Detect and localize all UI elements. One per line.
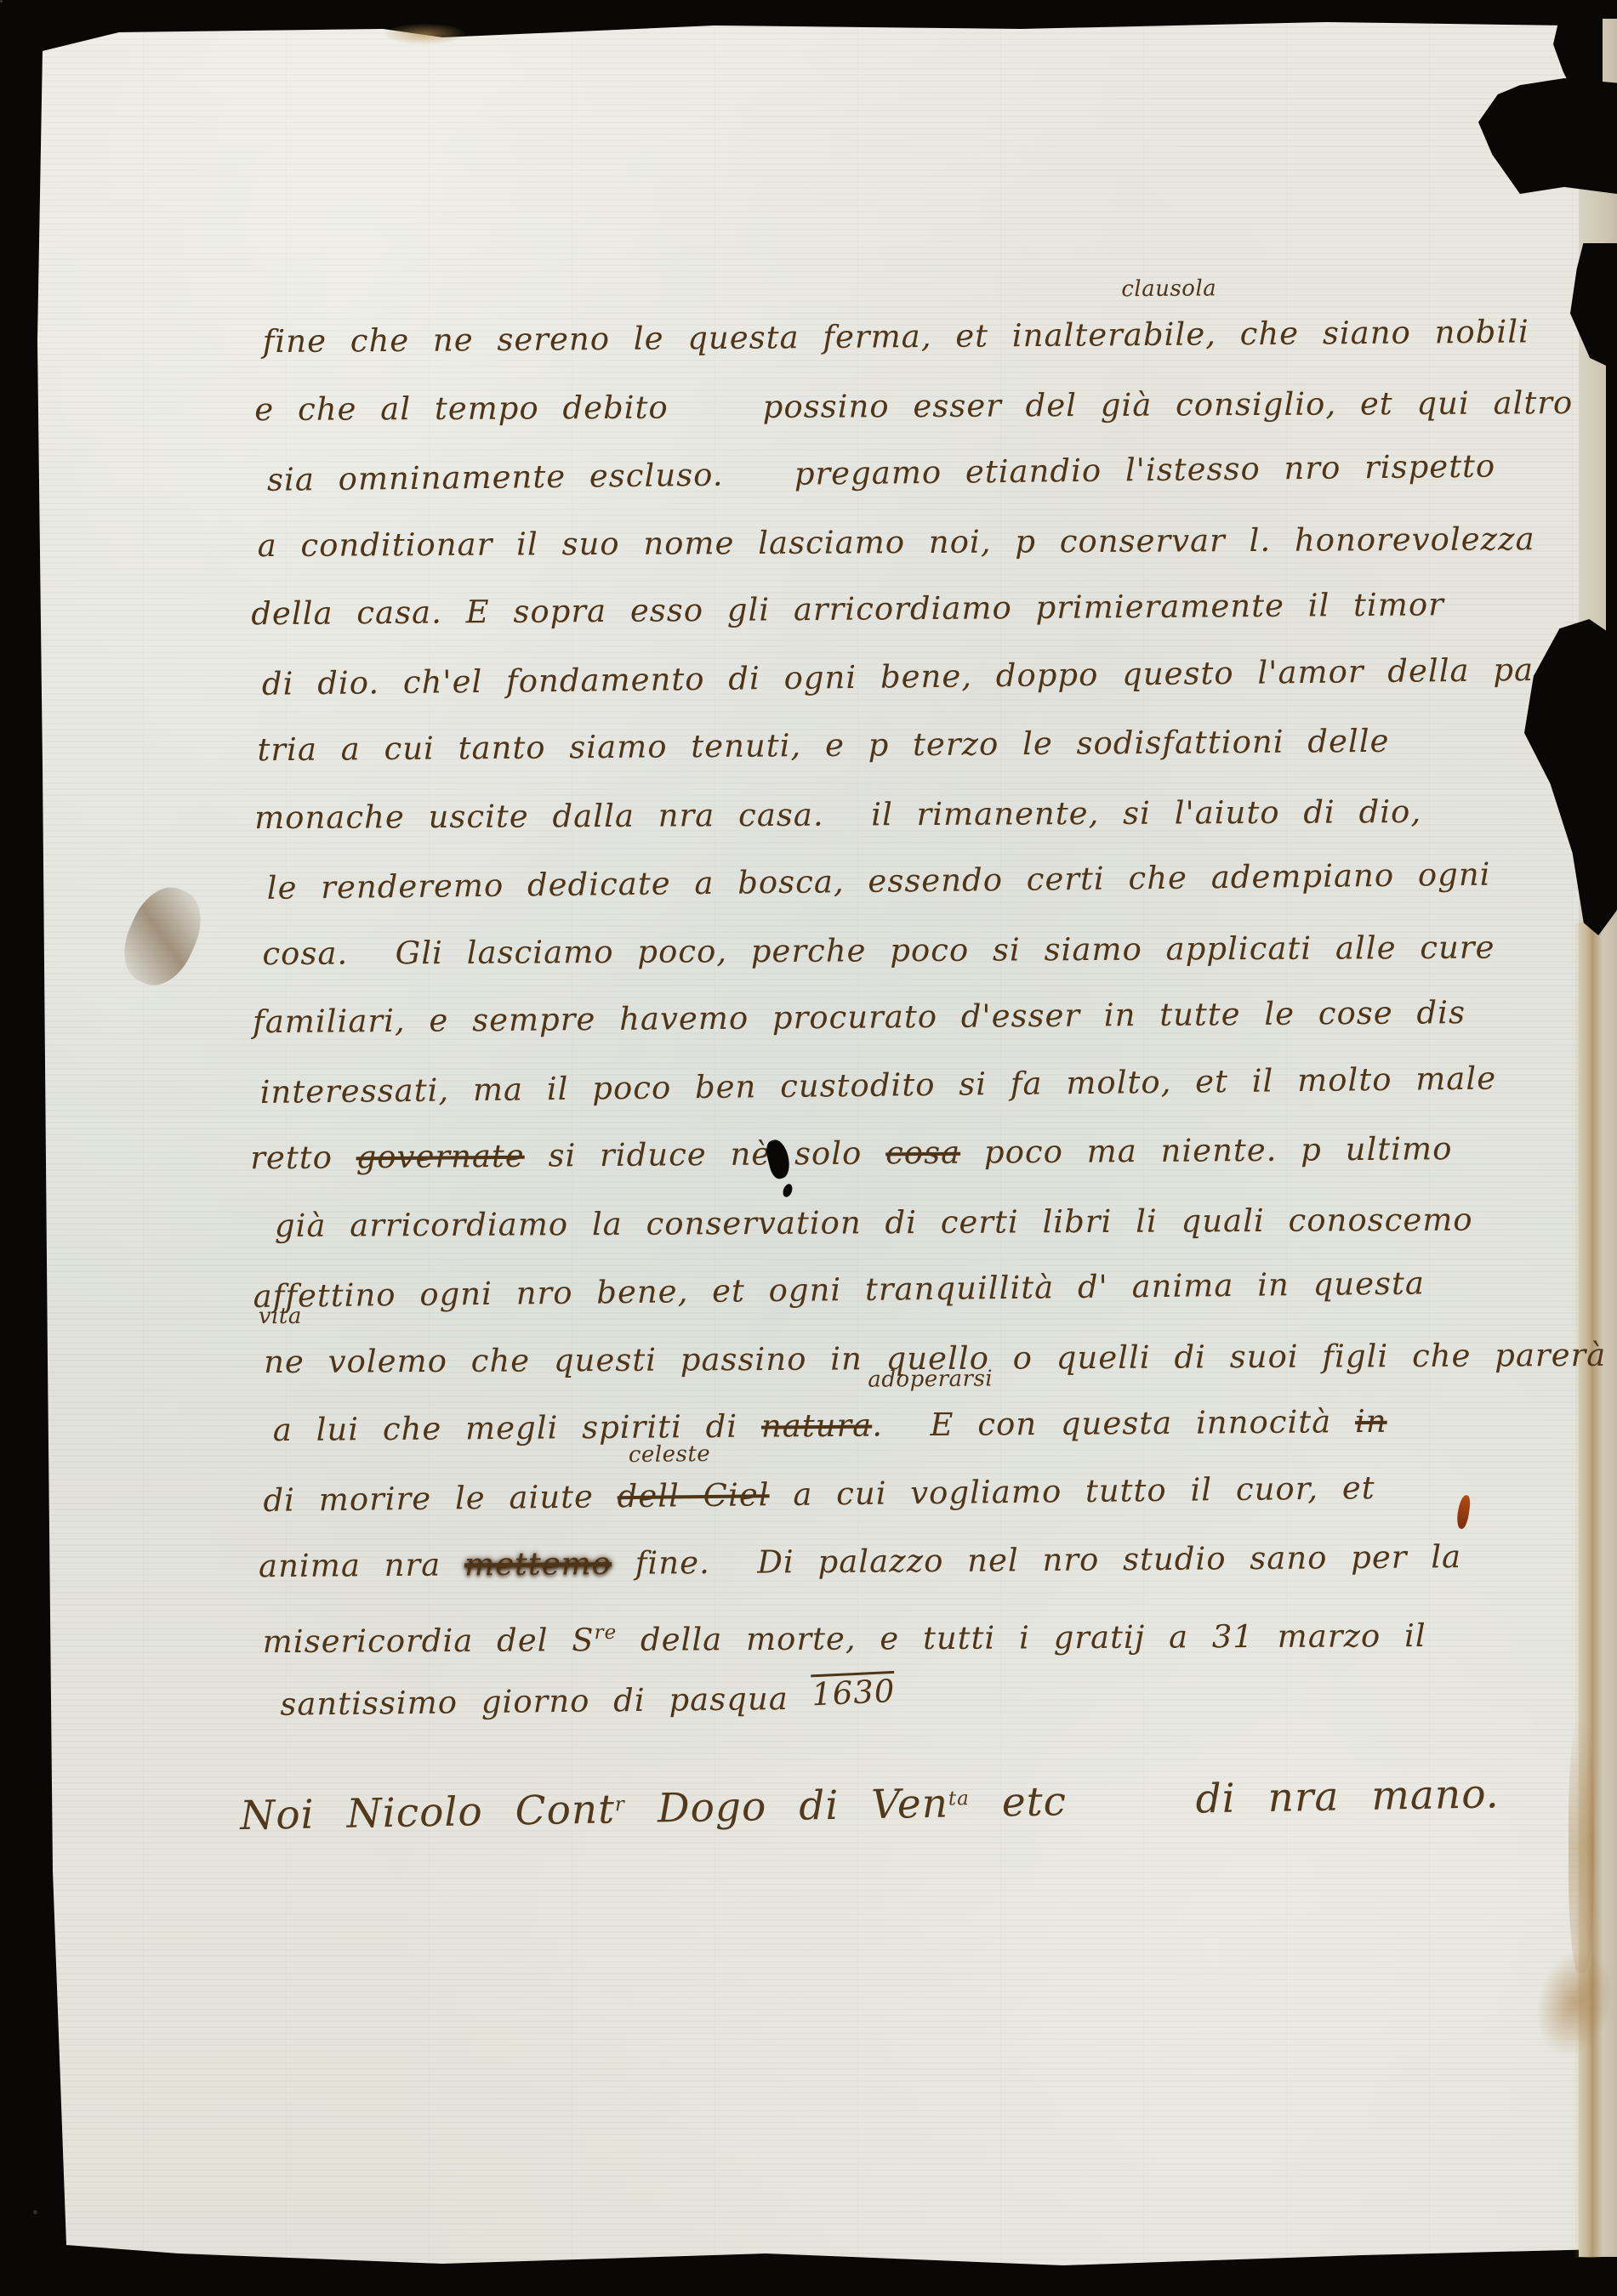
text-segment: fine. Di palazzo nel nro studio sano per… <box>612 1538 1461 1582</box>
manuscript-line: anima nra mettemo fine. Di palazzo nel n… <box>259 1522 1608 1600</box>
struck-word: in <box>1355 1403 1387 1440</box>
manuscript-line: a conditionar il suo nome lasciamo noi, … <box>257 505 1599 580</box>
text-segment: già arricordiamo la conservation di cert… <box>275 1202 1473 1244</box>
text-segment: . E con questa innocità <box>872 1403 1355 1443</box>
text-segment: re <box>594 1622 617 1644</box>
text-segment: anima nra <box>259 1546 464 1584</box>
text-segment: tria a cui tanto siamo tenuti, e p terzo… <box>257 723 1389 768</box>
text-segment: poco ma niente. p ultimo <box>960 1130 1453 1171</box>
text-segment: fine che ne sereno le questa ferma, et i… <box>263 315 1216 360</box>
manuscript-line: cosa. Gli lasciamo poco, perche poco si … <box>262 913 1603 988</box>
text-segment: ta <box>948 1787 970 1810</box>
manuscript-line: interessati, ma il poco ben custodito si… <box>259 1043 1604 1127</box>
manuscript-line: retto governate si riduce nè solo cosa p… <box>250 1114 1605 1193</box>
manuscript-line: di dio. ch'el fondamento di ogni bene, d… <box>261 635 1601 719</box>
manuscript-line: tria a cui tanto siamo tenuti, e p terzo… <box>257 706 1602 784</box>
inserted-word: adoperarsi <box>868 1367 993 1390</box>
struck-word: dell Ciel <box>617 1476 769 1515</box>
text-segment: che siano nobili <box>1216 313 1529 352</box>
text-segment: a cui vogliamo tutto il cuor, et <box>769 1469 1375 1513</box>
tear-edge-gap <box>1606 340 1617 646</box>
text-segment: sia omninamente escluso. pregamo etiandi… <box>267 447 1496 497</box>
struck-word: mettemo <box>464 1545 612 1583</box>
text-segment: retto <box>250 1139 356 1176</box>
text-segment: cosa. Gli lasciamo poco, perche poco si … <box>262 929 1495 973</box>
manuscript-line: affettino ogni nro bene, et ogni tranqui… <box>253 1247 1606 1331</box>
text-segment: della casa. E sopra esso gli arricordiam… <box>251 586 1444 632</box>
manuscript-line: santissimo giorno di pasqua 1630 <box>280 1656 1609 1739</box>
top-edge-stain <box>384 24 465 44</box>
text-segment: Noi Nicolo Cont <box>240 1786 616 1839</box>
text-block: clausolafine che ne sereno le questa fer… <box>253 298 1608 1736</box>
manuscript-line: celestedi morire le aiute dell Ciel a cu… <box>263 1452 1608 1535</box>
text-segment: misericordia del S <box>263 1622 595 1660</box>
text-segment: le renderemo dedicate a bosca, essendo c… <box>267 856 1491 906</box>
text-segment: familiari, e sempre havemo procurato d'e… <box>253 994 1466 1040</box>
text-segment: di dio. ch'el fondamento di ogni bene, d… <box>262 651 1534 702</box>
dust-specks <box>0 0 3 3</box>
text-segment: e che al tempo debito possino esser del … <box>254 384 1573 428</box>
inserted-word: celeste <box>629 1443 711 1466</box>
text-segment: interessati, ma il poco ben custodito si… <box>259 1060 1496 1110</box>
right-streak-stain <box>1569 1718 1594 1973</box>
manuscript-line: della casa. E sopra esso gli arricordiam… <box>251 570 1601 648</box>
text-segment: 1630 <box>811 1671 896 1713</box>
text-segment: si riduce nè solo <box>525 1134 886 1174</box>
struck-word: governate <box>356 1138 524 1176</box>
text-segment: di morire le aiute <box>263 1478 618 1519</box>
struck-word: natura <box>761 1407 873 1445</box>
text-segment: monache uscite dalla nra casa. il rimane… <box>254 793 1421 836</box>
manuscript-line: familiari, e sempre havemo procurato d'e… <box>253 978 1604 1056</box>
manuscript-line: clausolafine che ne sereno le questa fer… <box>262 298 1598 376</box>
text-segment: etc di nra mano. <box>969 1770 1500 1827</box>
text-segment: r <box>615 1793 625 1816</box>
text-segment: affettino ogni nro bene, et ogni tranqui… <box>253 1265 1425 1315</box>
inserted-word: clausola <box>1121 277 1216 300</box>
manuscript-line: sia omninamente escluso. pregamo etiandi… <box>267 431 1600 514</box>
text-segment: a conditionar il suo nome lasciamo noi, … <box>258 520 1535 564</box>
inserted-word: vita <box>259 1305 302 1327</box>
manuscript-line: adoperarsia lui che megli spiriti di nat… <box>272 1386 1607 1464</box>
text-segment: santissimo giorno di pasqua <box>280 1680 812 1723</box>
manuscript-line: le renderemo dedicate a bosca, essendo c… <box>266 839 1603 923</box>
text-segment: della morte, e tutti i gratij a 31 marzo… <box>617 1617 1426 1658</box>
struck-word: cosa <box>885 1134 960 1172</box>
manuscript-photo: clausolafine che ne sereno le questa fer… <box>0 0 1617 2296</box>
text-segment: Dogo di Ven <box>625 1781 949 1833</box>
